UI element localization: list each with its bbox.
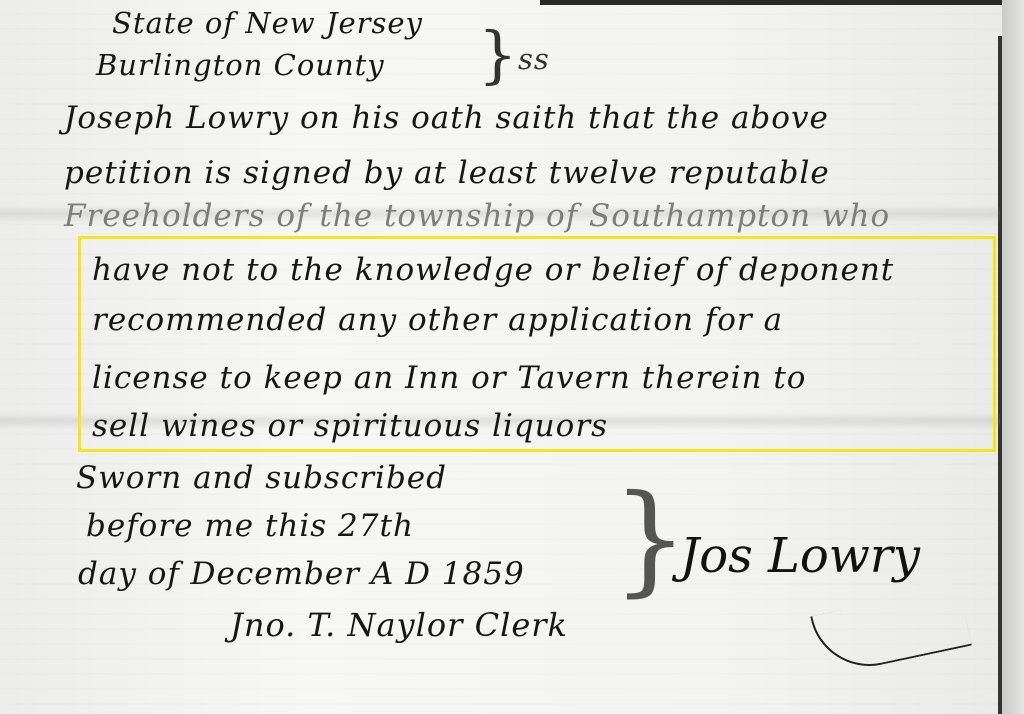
header-state-line: State of New Jersey	[112, 6, 423, 40]
body-line-1: Joseph Lowry on his oath saith that the …	[64, 100, 829, 136]
body-line-3: Freeholders of the township of Southampt…	[64, 198, 890, 234]
clerk-signature: Jno. T. Naylor Clerk	[230, 606, 568, 644]
header-county-line: Burlington County	[96, 48, 385, 82]
body-line-2: petition is signed by at least twelve re…	[64, 155, 830, 191]
yellow-highlight-box	[78, 236, 996, 452]
page-top-shadow	[540, 0, 1010, 5]
jurat-line-3: day of December A D 1859	[78, 556, 525, 592]
header-ss-label: ss	[518, 42, 550, 76]
deponent-signature: Jos Lowry	[680, 528, 920, 584]
jurat-brace: }	[612, 470, 688, 609]
jurat-line-1: Sworn and subscribed	[76, 460, 447, 496]
binding-shade	[1002, 0, 1024, 714]
page-binding-edge	[998, 36, 1002, 714]
jurat-line-2: before me this 27th	[86, 508, 414, 544]
scanned-document-page: State of New Jersey Burlington County } …	[0, 0, 1024, 714]
signature-flourish	[810, 585, 972, 677]
header-brace: }	[478, 18, 517, 91]
